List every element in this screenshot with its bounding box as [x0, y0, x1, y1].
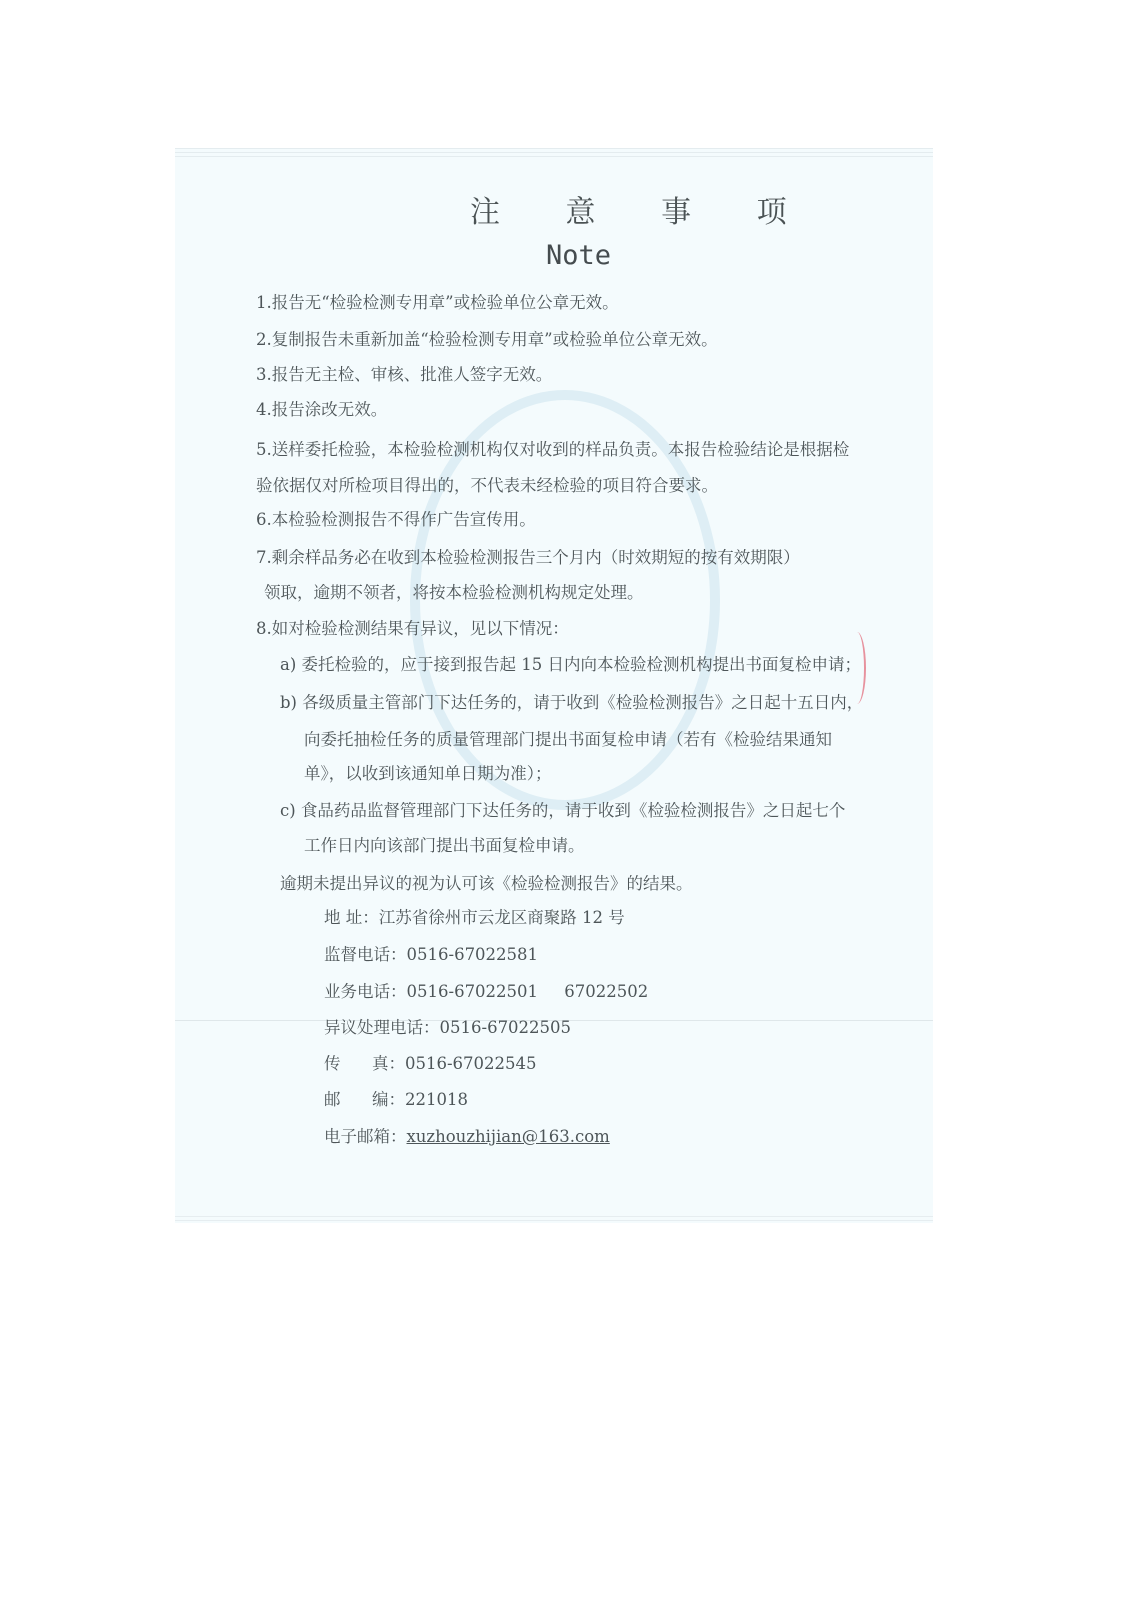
contact-email: 电子邮箱：xuzhouzhijian@163.com: [324, 1127, 610, 1147]
sub-item-b-line2: 向委托抽检任务的质量管理部门提出书面复检申请（若有《检验结果通知: [304, 730, 832, 750]
contact-business: 业务电话：0516-67022501 67022502: [324, 982, 648, 1002]
page-title-cn: 注 意 事 项: [470, 203, 815, 223]
note-item-5-line2: 验依据仅对所检项目得出的，不代表未经检验的项目符合要求。: [256, 476, 718, 496]
postcode-value: 221018: [405, 1090, 468, 1109]
business-label: 业务电话：: [324, 982, 407, 1001]
email-label: 电子邮箱：: [324, 1127, 407, 1146]
note-item-3: 3.报告无主检、审核、批准人签字无效。: [256, 365, 552, 385]
email-link[interactable]: xuzhouzhijian@163.com: [407, 1127, 610, 1146]
note-item-4: 4.报告涂改无效。: [256, 400, 387, 420]
note-item-6: 6.本检验检测报告不得作广告宣传用。: [256, 510, 536, 530]
sub-item-c-line1: c) 食品药品监督管理部门下达任务的，请于收到《检验检测报告》之日起七个: [280, 801, 845, 821]
fax-value: 0516-67022545: [405, 1054, 537, 1073]
address-value: 江苏省徐州市云龙区商聚路 12 号: [379, 908, 625, 927]
fax-label: 传 真：: [324, 1054, 405, 1073]
supervision-label: 监督电话：: [324, 945, 407, 964]
closing-statement: 逾期未提出异议的视为认可该《检验检测报告》的结果。: [280, 874, 693, 894]
note-item-5-line1: 5.送样委托检验，本检验检测机构仅对收到的样品负责。本报告检验结论是根据检: [256, 440, 849, 460]
contact-postcode: 邮 编：221018: [324, 1090, 468, 1110]
contact-supervision: 监督电话：0516-67022581: [324, 945, 538, 965]
sub-item-b-line3: 单》，以收到该通知单日期为准）；: [304, 764, 552, 784]
note-item-2: 2.复制报告未重新加盖“检验检测专用章”或检验单位公章无效。: [256, 330, 718, 350]
objection-value: 0516-67022505: [440, 1018, 572, 1037]
note-item-8: 8.如对检验检测结果有异议，见以下情况：: [256, 619, 569, 639]
postcode-label: 邮 编：: [324, 1090, 405, 1109]
supervision-value: 0516-67022581: [407, 945, 539, 964]
business-value: 0516-67022501 67022502: [407, 982, 649, 1001]
sub-item-c-line2: 工作日内向该部门提出书面复检申请。: [304, 836, 585, 856]
note-item-7-line1: 7.剩余样品务必在收到本检验检测报告三个月内（时效期短的按有效期限）: [256, 548, 800, 568]
note-item-1: 1.报告无“检验检测专用章”或检验单位公章无效。: [256, 293, 619, 313]
page-title-en: Note: [546, 246, 611, 266]
contact-address: 地 址：江苏省徐州市云龙区商聚路 12 号: [324, 908, 625, 928]
contact-fax: 传 真：0516-67022545: [324, 1054, 537, 1074]
address-label: 地 址：: [324, 908, 379, 927]
note-item-7-line2: 领取，逾期不领者，将按本检验检测机构规定处理。: [264, 583, 644, 603]
sub-item-b-line1: b) 各级质量主管部门下达任务的，请于收到《检验检测报告》之日起十五日内，: [280, 693, 863, 713]
objection-label: 异议处理电话：: [324, 1018, 440, 1037]
sub-item-a: a) 委托检验的，应于接到报告起 15 日内向本检验检测机构提出书面复检申请；: [280, 655, 861, 675]
contact-objection: 异议处理电话：0516-67022505: [324, 1018, 571, 1038]
